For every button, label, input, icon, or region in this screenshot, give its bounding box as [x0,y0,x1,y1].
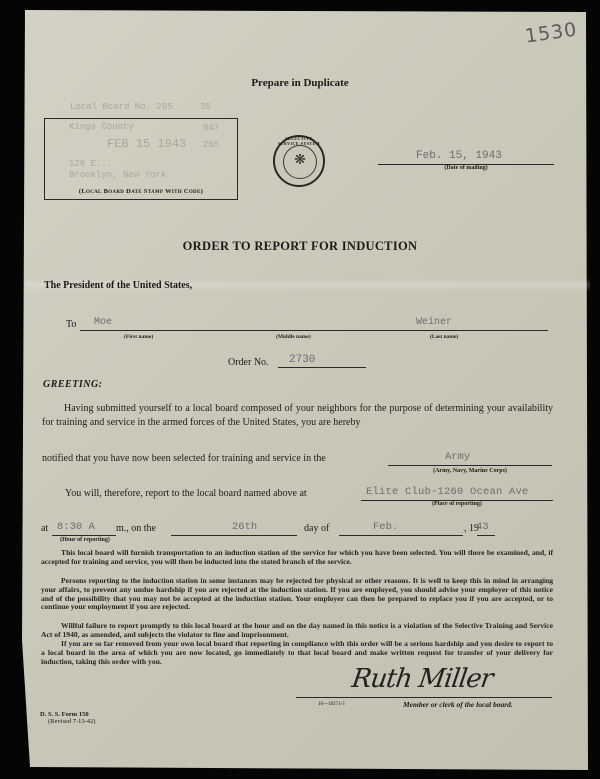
stamp-code-1: 047 [203,123,219,133]
branch-line [388,465,552,466]
form-number-label: D. S. S. Form 150 [40,711,95,718]
recipient-last-name: Weiner [416,317,452,328]
prepare-in-duplicate-note: Prepare in Duplicate [0,77,600,89]
stamp-city: Brooklyn, New York [69,170,166,180]
signature-line [296,697,552,698]
stamp-county: Kings County [69,122,134,132]
recipient-first-name: Moe [94,317,112,328]
place-of-reporting-value: Elite Club-1260 Ocean Ave [366,486,529,498]
instruction-transportation: This local board will furnish transporta… [41,549,553,567]
clerk-signature: Ruth Miller [350,664,494,694]
local-board-stamp-box: Kings County FEB 15 1943 126 E... Brookl… [44,118,238,200]
greeting-paragraph: Having submitted yourself to a local boa… [42,402,553,430]
first-name-caption: (First name) [124,334,153,340]
at-label: at [41,523,48,534]
document-title: ORDER TO REPORT FOR INDUCTION [0,239,600,254]
stamp-date: FEB 15 1943 [107,137,186,151]
date-of-mailing-caption: (Date of mailing) [378,165,554,171]
order-number-value: 2730 [289,354,315,366]
stamp-code-2: 205 [203,140,219,150]
stamp-board-number: Local Board No. 205 [70,102,173,112]
instruction-willful-failure: Willful failure to report promptly to th… [41,622,553,640]
year-line [477,535,495,536]
branch-value: Army [445,451,470,463]
day-value: 26th [232,521,257,533]
date-of-mailing-value: Feb. 15, 1943 [416,150,502,162]
eagle-seal-icon: ❋ [283,145,317,179]
stamp-top-code: 35 [200,102,211,112]
month-line [339,535,463,536]
month-value: Feb. [373,521,398,533]
day-of-label: day of [304,523,329,534]
form-revision: (Revised 7-13-42) [40,718,95,725]
order-number-label: Order No. [228,357,269,368]
year-value: 43 [476,521,489,533]
place-caption: (Place of reporting) [361,501,553,507]
day-line [171,535,297,536]
instruction-rejection: Persons reporting to the induction stati… [41,577,553,612]
instruction-transfer: If you are so far removed from your own … [41,640,553,666]
branch-caption: (Army, Navy, Marine Corps) [388,468,552,474]
hour-caption: (Hour of reporting) [52,537,118,543]
selective-service-seal: SELECTIVE SERVICE SYSTEM ❋ [273,135,325,187]
print-code: 16—18271-3 [318,702,345,707]
last-name-caption: (Last name) [430,334,458,340]
hour-of-reporting-value: 8:30 A [57,521,95,533]
hour-line [52,535,116,536]
recipient-name-line [80,330,548,331]
order-number-line [278,367,366,368]
form-number: D. S. S. Form 150 (Revised 7-13-42) [40,711,95,725]
salutation: The President of the United States, [44,280,192,291]
m-on-the-label: m., on the [116,523,156,534]
date-of-mailing-field: Feb. 15, 1943 [378,151,554,165]
middle-name-caption: (Middle name) [276,334,311,340]
signature-caption: Member or clerk of the local board. [403,700,513,709]
to-label: To [66,319,76,330]
notified-text: notified that you have now been selected… [42,453,326,464]
report-text: You will, therefore, report to the local… [65,488,307,499]
stamp-address: 126 E... [69,159,112,169]
stamp-caption: (Local Board Date Stamp With Code) [45,188,237,195]
greeting-heading: GREETING: [43,379,103,390]
